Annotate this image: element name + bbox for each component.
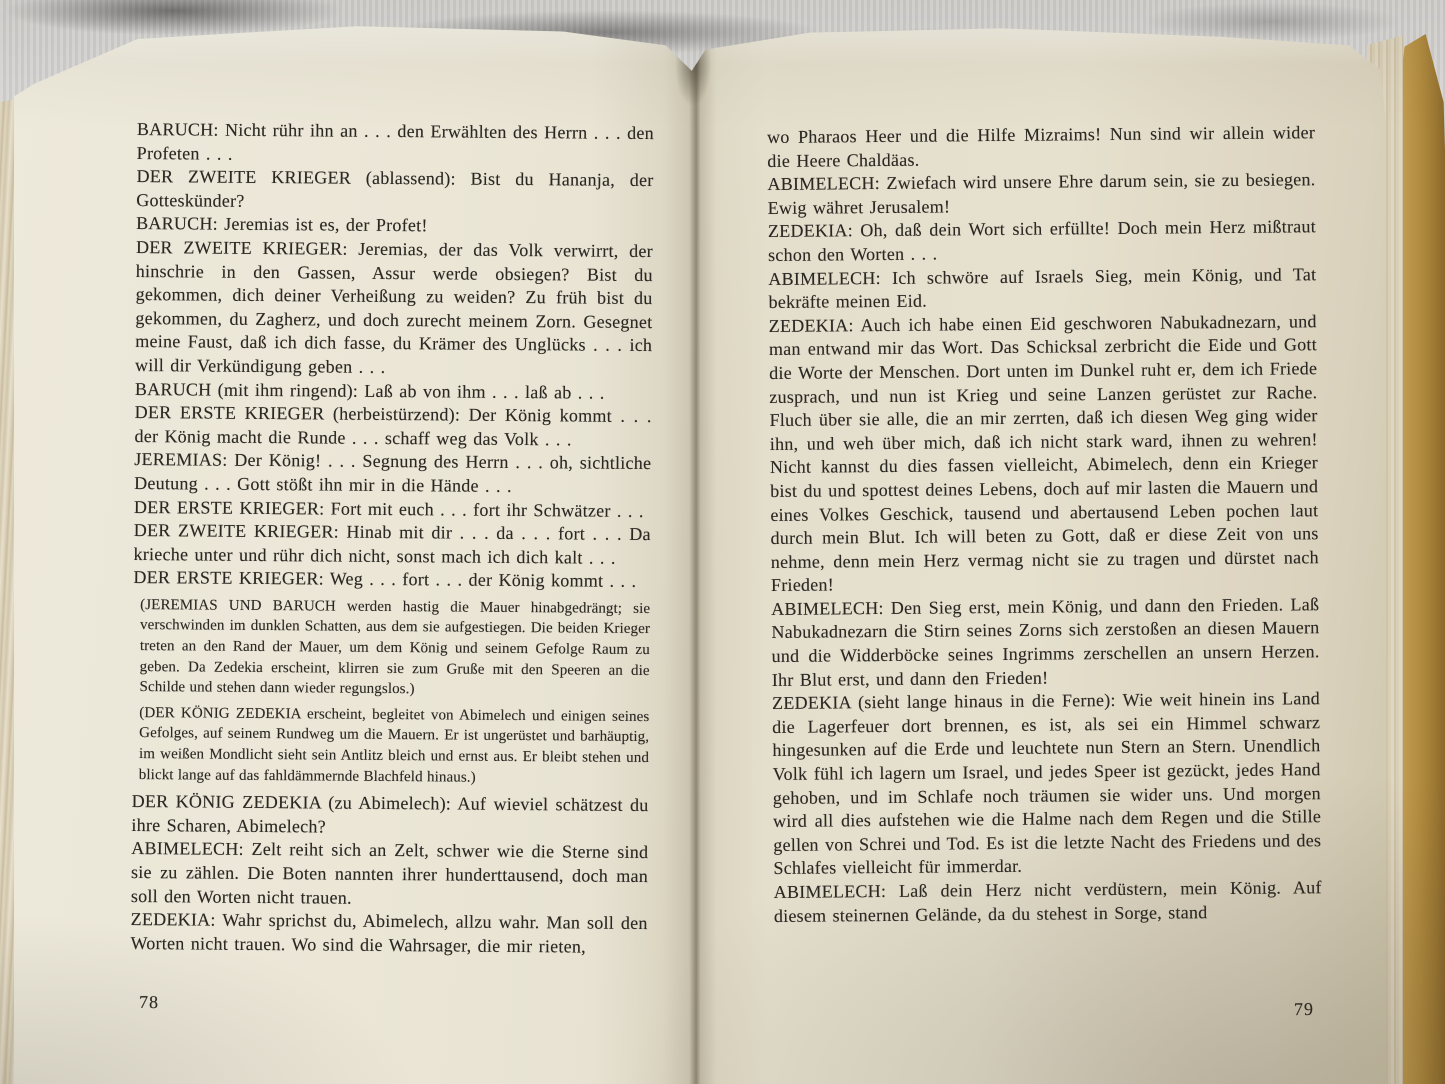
speech-paragraph: ABIMELECH: Den Sieg erst, mein König, un… <box>771 593 1320 692</box>
book-cover-edge <box>1399 34 1445 1084</box>
speech-paragraph: ABIMELECH: Ich schwöre auf Israels Sieg,… <box>768 263 1316 315</box>
speech-paragraph: DER KÖNIG ZEDEKIA (zu Abimelech): Auf wi… <box>131 790 648 841</box>
speech-paragraph: ABIMELECH: Zelt reiht sich an Zelt, schw… <box>131 837 649 912</box>
speech-paragraph: ZEDEKIA (sieht lange hinaus in die Ferne… <box>772 687 1322 881</box>
speech-paragraph: ZEDEKIA: Oh, daß dein Wort sich erfüllte… <box>768 216 1316 268</box>
speech-paragraph: DER ERSTE KRIEGER: Weg . . . fort . . . … <box>133 566 650 594</box>
speech-paragraph: DER ZWEITE KRIEGER: Hinab mit dir . . . … <box>133 519 650 570</box>
speech-paragraph: DER ERSTE KRIEGER (herbeistürzend): Der … <box>134 401 651 452</box>
speech-paragraph: ABIMELECH: Zwiefach wird unsere Ehre dar… <box>767 168 1315 220</box>
stage-direction: (JEREMIAS UND BARUCH werden hastig die M… <box>132 595 650 702</box>
left-page-text: BARUCH: Nicht rühr ihn an . . . den Erwä… <box>130 118 654 959</box>
speech-paragraph: DER ZWEITE KRIEGER (ablassend): Bist du … <box>136 165 653 216</box>
right-page-text: wo Pharaos Heer und die Hilfe Mizraims! … <box>767 121 1322 928</box>
page-number-right: 79 <box>1294 999 1314 1020</box>
speech-paragraph: ABIMELECH: Laß dein Herz nicht verdüster… <box>774 876 1322 928</box>
speech-paragraph: wo Pharaos Heer und die Hilfe Mizraims! … <box>767 121 1315 173</box>
speech-paragraph: BARUCH: Nicht rühr ihn an . . . den Erwä… <box>137 118 654 169</box>
speech-paragraph: ZEDEKIA: Auch ich habe einen Eid geschwo… <box>769 310 1319 598</box>
stage-direction: (DER KÖNIG ZEDEKIA erscheint, begleitet … <box>132 703 650 789</box>
page-number-left: 78 <box>139 992 159 1013</box>
speech-paragraph: JEREMIAS: Der König! . . . Segnung des H… <box>134 448 651 499</box>
speech-paragraph: ZEDEKIA: Wahr sprichst du, Abimelech, al… <box>130 908 647 959</box>
speech-paragraph: DER ZWEITE KRIEGER: Jeremias, der das Vo… <box>135 236 653 382</box>
